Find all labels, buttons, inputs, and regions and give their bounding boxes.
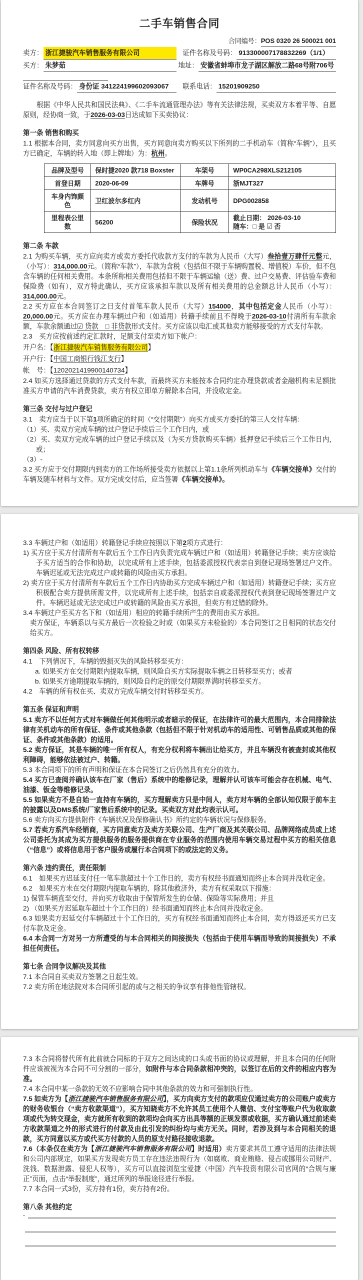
seller-company-name: 浙江捷骏汽车销售服务有限公司 <box>68 1095 163 1103</box>
text: ， <box>231 303 239 311</box>
clause-5-1: 5.1 卖方不以任何方式对车辆做任何其他明示或者暗示的保证，在法律许可的最大范围… <box>23 715 336 745</box>
clause-5-3: 5.3 本合同项下的所有声明和保证在本合同签订之后仍然具有充分的效力。 <box>23 765 336 775</box>
clause-6-4: 6.4 本合同一方对另一方所遭受的与本合同相关的间接损失（包括由于使用车辆而导致… <box>23 934 336 954</box>
insurance-expiry-label: 截止日期： <box>233 214 266 222</box>
text: 】时适用） <box>191 1145 226 1153</box>
table-row: 里程表公里数 56200 保险状况 截止日期： 2026-03-10 随车：□ … <box>44 211 336 233</box>
account-name-value: 浙江捷骏汽车销售服务有限公司 <box>53 344 148 352</box>
brand-model-label: 品牌及型号 <box>44 164 91 177</box>
handover-doc-name: 《车辆交接单》 <box>268 466 316 474</box>
bracket: 】 <box>125 367 132 375</box>
address-label: 地址： <box>178 60 198 73</box>
clause-2-2: 2.2 买方应在本合同签订之日支付首笔车款人民币（大写）154000，其中包括定… <box>23 302 336 332</box>
text: 3.2 买方应于交付期限内到卖方的工作场所接受卖方依据以上第1.1条所列机动车与 <box>23 466 268 474</box>
brand-model-value: 保时捷2020 款718 Boxster <box>91 164 181 177</box>
clause-7-2: 7.2 卖方所在地法院对本合同所引起的或与之相关的争议享有排他性管辖权。 <box>23 982 336 992</box>
text: 日达成如下买卖协议： <box>125 111 193 119</box>
text: 项方式进行： <box>187 539 228 547</box>
clause-3-2: 3.2 买方应于交付期限内到卖方的工作场所接受卖方依据以上第1.1条所列机动车与… <box>23 465 336 485</box>
clause-1-1: 1.1 根据本合同，卖方同意向买方出售，买方同意向卖方购买以下所列的二手机动车（… <box>23 139 336 159</box>
account-name-row: 开户名：【浙江捷骏汽车销售服务有限公司】 <box>23 342 336 354</box>
account-number-row: 帐 号：【1202021419900140734】 <box>23 365 336 377</box>
account-bank-label: 开户行：【 <box>23 355 53 363</box>
contract-number-row: 合同编号： POS 0320 26 500021 001 <box>23 36 336 48</box>
buyer-name: 朱梦茹 <box>43 60 176 73</box>
insurance-value: 截止日期： 2026-03-10 随车：□ 是 ☑ 否 <box>229 211 336 233</box>
contract-number-label: 合同编号： <box>228 36 261 48</box>
plate-value: 浙MJT327 <box>229 177 336 190</box>
price-lowercase: 314,000.00 <box>54 263 88 271</box>
total-price: 314,000.00 <box>23 293 57 301</box>
header-row-2: 买方： 朱梦茹 地址： 安徽省蚌埠市龙子湖区解放二路68号附706号 <box>23 60 336 73</box>
clause-2-4: 2.4 如买方选择通过贷款的方式支付车款，而最终买方未能按本合同约定办理贷款或者… <box>23 376 336 396</box>
document-viewer: 二手车销售合同 合同编号： POS 0320 26 500021 001 卖方：… <box>0 0 363 1280</box>
account-bank-row: 开户行：【中国工商银行钱江支行】 <box>23 353 336 365</box>
seller-label: 卖方： <box>23 47 43 60</box>
text: 1.1 根据本合同，卖方同意向买方出售，买方同意向卖方购买以下所列的二手机动车（… <box>23 140 336 158</box>
clause-3-1-item-3: （3）- <box>23 455 336 465</box>
section-5-heading: 第五条 保证和声明 <box>23 704 336 714</box>
text: 7.6（本条仅在卖方为【 <box>23 1145 95 1153</box>
vin-label: 车架号 <box>180 164 228 177</box>
color-label: 车身内饰颜色 <box>44 190 91 212</box>
buyer-label: 买方： <box>23 60 43 73</box>
first-payment: 154000 <box>208 303 231 311</box>
header-row-4: 证件名称及号码： 身份证 341224199602093067 联系电话： 15… <box>23 81 336 94</box>
clause-5-7: 5.7 若卖方系汽车经销商，买方同意卖方及卖方关联公司、生产厂商及其关联公司、品… <box>23 825 336 855</box>
other-terms-line-2 <box>25 1227 336 1233</box>
clause-4-1-b: b. 如果买方逾期提取车辆的，则风险自约定的原交付期限界满时转移至买方。 <box>35 677 336 687</box>
clause-3-1-item-2: （2）买、卖双方完成车辆的过户登记手续以及（为买方贷款购买车辆）抵押登记手续后三… <box>23 435 336 455</box>
clause-6-3: 6.3 如果卖方迟延交付车辆超过十个工作日的，买方有权经书面通知而终止本合同，卖… <box>23 914 336 934</box>
account-bank-value: 中国工商银行钱江支行 <box>53 355 121 363</box>
text: 。 <box>222 476 229 484</box>
section-2-heading: 第二条 车款 <box>23 240 336 250</box>
text: 元。买方应在办理车辆过户和（如适用）转籍手续前且不得晚于 <box>53 313 252 321</box>
plate-label: 车牌号 <box>180 177 228 190</box>
insurance-label: 保险状况 <box>180 211 228 233</box>
bracket: 】 <box>121 355 128 363</box>
clause-6-2-item-2: 2) （如果买方迟延取车超过十个工作日的）经书面通知而终止本合同并没收定金。 <box>23 904 336 914</box>
deposit-amount: 20,000.00 <box>23 313 53 321</box>
account-name-label: 开户名：【 <box>23 344 53 352</box>
bracket: 】 <box>148 344 155 352</box>
text: 人民币（小写）： <box>282 303 336 311</box>
section-4-heading: 第四条 风险、所有权转移 <box>23 645 336 655</box>
address-value: 安徽省蚌埠市龙子湖区解放二路68号附706号 <box>198 60 336 73</box>
table-row: 首登日期 2020-06-09 车牌号 浙MJT327 <box>44 177 336 190</box>
clause-2-1: 2.1 为购买车辆，买方应向卖方或卖方委托代收款方支付的车款为人民币（大写）叁拾… <box>23 252 336 302</box>
seller-cert-label: 证件名称及号码： <box>183 47 237 60</box>
clause-6-2: 6.2 如果买方未在交付期限内提取车辆的，除其他救济外，卖方有权采取以下措施： <box>23 884 336 894</box>
engine-no-value: DPG002858 <box>229 190 336 212</box>
buyer-cert-label: 证件名称及号码： <box>23 81 77 94</box>
buyer-cert-value: 身份证 341224199602093067 <box>77 81 176 94</box>
text: 7.5 如卖方为【 <box>23 1095 68 1103</box>
seller-name: 浙江捷骏汽车销售服务有限公司 <box>43 47 176 60</box>
other-terms-line-3 <box>25 1241 336 1247</box>
signing-date: 2026-03-03 <box>91 111 126 119</box>
header-row-3 <box>23 72 336 81</box>
clause-7-1: 7.1 本合同自买卖双方签署之日起生效。 <box>23 972 336 982</box>
clause-3-1: 3.1 卖方应当于以下第1项所确定的时间（“交付期限”）向买方或买方委托的第三人… <box>23 415 336 425</box>
clause-5-6: 5.6 卖方向买方提供附件《车辆状况及保修确认书》所约定的车辆状况与保修服务。 <box>23 815 336 825</box>
text: 元。 <box>57 293 71 301</box>
text: 3.3 车辆过户和（如适用）转籍登记手续应按照以下第 <box>23 539 183 547</box>
contract-title: 二手车销售合同 <box>23 15 336 31</box>
contract-page-1: 二手车销售合同 合同编号： POS 0320 26 500021 001 卖方：… <box>1 0 358 506</box>
clause-3-1-item-1: （1）买、卖双方完成车辆的过户登记手续后三个工作日内，或 <box>23 425 336 435</box>
table-row: 车身内饰颜色 卫红波尔多红内 发动机号 DPG002858 <box>44 190 336 212</box>
mileage-value: 56200 <box>91 211 181 233</box>
insurance-with-car-checkbox: 随车：□ 是 ☑ 否 <box>233 223 281 231</box>
first-reg-label: 首登日期 <box>44 177 91 190</box>
preamble: 根据《中华人民共和国民法典》、《二手车流通管理办法》等有关法律法规，买卖双方本着… <box>23 100 336 120</box>
vin-value: WP0CA298XLS212105 <box>229 164 336 177</box>
payment-method-checkboxes: ☑ 贷款 □ 非贷款 <box>77 323 131 331</box>
clause-7-4: 7.4 本合同中某一条款的无效不应影响合同中其他条款的效力和可强制执行性。 <box>23 1084 336 1094</box>
clause-3-3-item-1: 1) 买方应于买方付清所有车款后五个工作日内负责完成车辆过户和（如适用）转籍登记… <box>23 548 336 578</box>
phone-label: 联系电话： <box>183 81 217 94</box>
table-row: 品牌及型号 保时捷2020 款718 Boxster 车架号 WP0CA298X… <box>44 164 336 177</box>
phone-value: 15201909250 <box>216 81 336 94</box>
section-6-heading: 第六条 违约责任，责任限制 <box>23 862 336 872</box>
clause-2-3: 2.3 买方应按前述约定汇款时，足额支付至卖方如下帐户： <box>23 332 336 342</box>
contract-page-2: 3.3 车辆过户和（如适用）转籍登记手续应按照以下第2项方式进行： 1) 买方应… <box>1 514 358 1029</box>
account-number-label: 帐 号：【 <box>23 367 53 375</box>
section-8-heading: 第八条 其他约定 <box>23 1201 336 1211</box>
text: 形式支付。买方应该以电汇或其他卖方能够接受的方式支付车款。 <box>131 323 327 331</box>
blank-fill-line <box>28 1213 336 1219</box>
clause-5-4: 5.4 买方已查阅并确认该车在厂家（售后）系统中的维修记录，理解并认可该车可能会… <box>23 775 336 795</box>
insurance-expiry-date: 2026-03-10 <box>267 214 300 222</box>
text: 3.1 卖方应当于以下第 <box>23 416 93 424</box>
deposit-phrase: 其中包括定金 <box>239 303 282 311</box>
seller-cert-value: 913300007178832269（1/1） <box>237 47 336 60</box>
contract-number-value: POS 0320 26 500021 001 <box>261 36 336 48</box>
clause-6-1: 6.1 如果买方迟延支付任一笔车款超过十个工作日的，卖方有权经书面通知而终止本合… <box>23 874 336 884</box>
section-1-heading: 第一条 销售和购买 <box>23 127 336 137</box>
header-row-1: 卖方： 浙江捷骏汽车销售服务有限公司 证件名称及号码： 913300007178… <box>23 47 336 60</box>
text: 2.1 为购买车辆，买方应向卖方或卖方委托代收款方支付的车款为人民币（大写） <box>23 253 268 261</box>
clause-4-1: 4.1 下列情况下，车辆的毁损灭失的风险转移至买方： <box>23 657 336 667</box>
text: 2.2 买方应在本合同签订之日支付首笔车款人民币（大写） <box>23 303 208 311</box>
clause-7-6: 7.6（本条仅在卖方为【浙江捷骏汽车销售服务有限公司】时适用）卖方要求其员工遵守… <box>23 1144 336 1184</box>
clause-3-3: 3.3 车辆过户和（如适用）转籍登记手续应按照以下第2项方式进行： <box>23 538 336 548</box>
text: 项所确定的时间（“交付期限”）向买方或买方委托的第三人交付车辆： <box>97 416 304 424</box>
clause-3-4-guarantee: 卖方保证，车辆系以与买方最后一次检验之时或（如果买方未检验的）本合同签订之日相同… <box>23 618 336 638</box>
vehicle-table: 品牌及型号 保时捷2020 款718 Boxster 车架号 WP0CA298X… <box>44 164 336 234</box>
clause-3-3-item-2: 2) 卖方应于买方付清所有车款后五个工作日内协助买方完成车辆过户和（如适用）转籍… <box>23 578 336 608</box>
clause-7-5: 7.5 如卖方为【浙江捷骏汽车销售服务有限公司】，买方向卖方支付的款项应仅通过卖… <box>23 1094 336 1144</box>
clause-4-2: 4.2 车辆的所有权在买、卖双方完成车辆交付时转移至买方。 <box>23 687 336 697</box>
clause-5-2: 5.2 卖方保证，其是车辆的唯一所有权人，有充分权利将车辆出让给买方，并且车辆没… <box>23 745 336 765</box>
clause-6-2-item-1: 1) 保管车辆直至交付，并向买方收取由于保管所发生的仓储、保险等实际费用；并且 <box>23 894 336 904</box>
blank-underline <box>23 72 108 81</box>
price-uppercase: 叁拾壹万肆仟元整 <box>268 253 323 261</box>
clause-7-3: 7.3 本合同将替代所有此前就合同标的于双方之间达成的口头或书面的协议或理解，并… <box>23 1054 336 1084</box>
clause-4-1-a: a. 如果买方在交付期限内提取车辆，则风险自买方实际提取车辆之日转移至买方；或者 <box>35 667 336 677</box>
first-reg-value: 2020-06-09 <box>91 177 181 190</box>
transfer-city: 杭州 <box>151 150 165 158</box>
mileage-label: 里程表公里数 <box>44 211 91 233</box>
contract-page-3: 7.3 本合同将替代所有此前就合同标的于双方之间达成的口头或书面的协议或理解，并… <box>1 1037 358 1280</box>
engine-no-label: 发动机号 <box>180 190 228 212</box>
clause-5-5: 5.5 如果卖方不是自始一直持有车辆的，买方理解卖方只是中间人，卖方对车辆的全部… <box>23 795 336 815</box>
section-7-heading: 第七条 合同争议解决及其他 <box>23 961 336 971</box>
section-3-heading: 第三条 交付与过户登记 <box>23 403 336 413</box>
dash-mark: - <box>23 1213 25 1219</box>
other-terms-line-1: - <box>23 1213 336 1219</box>
clause-3-4: 3.4 车辆过户至买方名下和（如适用）相应的转籍手续所产生的费用由买方承担。 <box>23 608 336 618</box>
color-value: 卫红波尔多红内 <box>91 190 181 212</box>
text: 。 <box>165 150 172 158</box>
balance-due-date: 2026-03-10 <box>252 313 287 321</box>
seller-company-name: 浙江捷骏汽车销售服务有限公司 <box>95 1145 192 1153</box>
handover-doc-name: 《车辆交接单》 <box>178 476 222 484</box>
clause-7-7: 7.7 本合同一式3份，买方持有1份，卖方持有2份。 <box>23 1184 336 1194</box>
account-number-value: 1202021419900140734 <box>53 367 124 375</box>
